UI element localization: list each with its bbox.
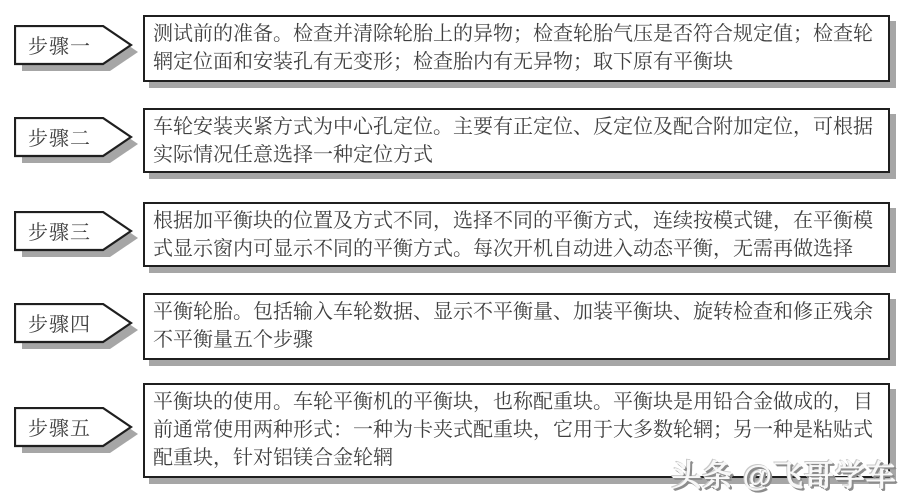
step-row-3: 步骤三 根据加平衡块的位置及方式不同，选择不同的平衡方式，连续按模式键，在平衡模… — [0, 202, 903, 267]
step-row-4: 步骤四 平衡轮胎。包括输入车轮数据、显示不平衡量、加装平衡块、旋转检查和修正残余… — [0, 293, 903, 360]
step-2-label: 步骤二 — [15, 118, 104, 156]
step-4-label: 步骤四 — [15, 304, 104, 342]
step-2-arrow: 步骤二 — [14, 117, 140, 165]
step-3-box: 根据加平衡块的位置及方式不同，选择不同的平衡方式，连续按模式键，在平衡模式显示窗… — [143, 202, 890, 267]
step-3-arrow: 步骤三 — [14, 211, 140, 259]
step-2-box: 车轮安装夹紧方式为中心孔定位。主要有正定位、反定位及配合附加定位，可根据实际情况… — [143, 108, 890, 173]
step-row-2: 步骤二 车轮安装夹紧方式为中心孔定位。主要有正定位、反定位及配合附加定位，可根据… — [0, 108, 903, 173]
step-5-label: 步骤五 — [15, 408, 104, 446]
step-1-text: 测试前的准备。检查并清除轮胎上的异物；检查轮胎气压是否符合规定值；检查轮辋定位面… — [153, 23, 873, 73]
step-1-arrow: 步骤一 — [14, 25, 140, 73]
step-3-label: 步骤三 — [15, 212, 104, 250]
step-1-label: 步骤一 — [15, 26, 104, 64]
step-4-arrow: 步骤四 — [14, 303, 140, 351]
step-2-text: 车轮安装夹紧方式为中心孔定位。主要有正定位、反定位及配合附加定位，可根据实际情况… — [153, 116, 873, 166]
toutiao-watermark: 头条 @飞哥学车 — [671, 451, 897, 495]
step-5-arrow: 步骤五 — [14, 407, 140, 455]
step-row-1: 步骤一 测试前的准备。检查并清除轮胎上的异物；检查轮胎气压是否符合规定值；检查轮… — [0, 15, 903, 82]
step-3-text: 根据加平衡块的位置及方式不同，选择不同的平衡方式，连续按模式键，在平衡模式显示窗… — [153, 210, 873, 260]
step-1-box: 测试前的准备。检查并清除轮胎上的异物；检查轮胎气压是否符合规定值；检查轮辋定位面… — [143, 15, 890, 82]
step-4-text: 平衡轮胎。包括输入车轮数据、显示不平衡量、加装平衡块、旋转检查和修正残余不平衡量… — [153, 301, 873, 351]
steps-diagram: 步骤一 测试前的准备。检查并清除轮胎上的异物；检查轮胎气压是否符合规定值；检查轮… — [0, 0, 903, 495]
step-4-box: 平衡轮胎。包括输入车轮数据、显示不平衡量、加装平衡块、旋转检查和修正残余不平衡量… — [143, 293, 890, 360]
